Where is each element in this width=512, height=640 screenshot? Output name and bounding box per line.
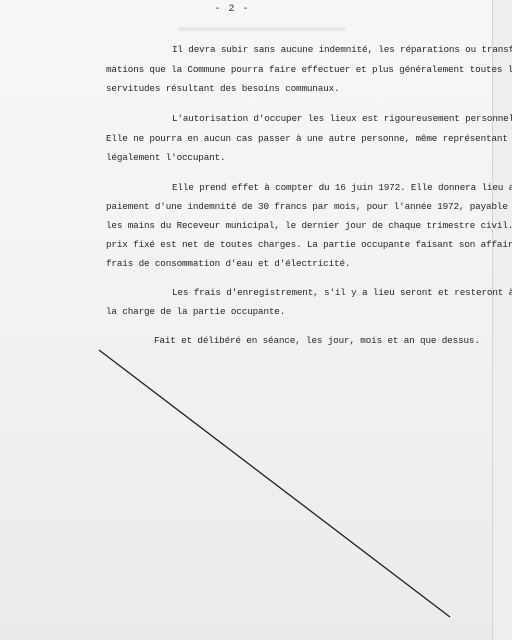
paragraph-3-line-3: les mains du Receveur municipal, le dern…: [106, 220, 512, 232]
paragraph-1-line-2: mations que la Commune pourra faire effe…: [106, 64, 512, 76]
paragraph-2-line-2: Elle ne pourra en aucun cas passer à une…: [106, 133, 508, 145]
paragraph-3-line-4: prix fixé est net de toutes charges. La …: [106, 239, 512, 251]
page-edge: [492, 0, 493, 640]
closing-statement: Fait et délibéré en séance, les jour, mo…: [154, 335, 480, 347]
paragraph-4-line-1: Les frais d'enregistrement, s'il y a lie…: [172, 287, 512, 299]
paragraph-4-line-2: la charge de la partie occupante.: [106, 306, 285, 318]
page-margin-shade: [493, 0, 512, 640]
paragraph-3-line-5: frais de consommation d'eau et d'électri…: [106, 258, 350, 270]
paragraph-3-line-2: paiement d'une indemnité de 30 francs pa…: [106, 201, 512, 213]
document-page: - 2 - Il devra subir sans aucune indemni…: [0, 0, 512, 640]
paragraph-1-line-3: servitudes résultant des besoins communa…: [106, 83, 339, 95]
bleed-through-text: [178, 27, 346, 31]
paragraph-3-line-1: Elle prend effet à compter du 16 juin 19…: [172, 182, 512, 194]
page-number: - 2 -: [0, 4, 464, 15]
paragraph-2-line-1: L'autorisation d'occuper les lieux est r…: [172, 113, 512, 125]
paragraph-2-line-3: légalement l'occupant.: [106, 152, 225, 164]
diagonal-strike-line: [0, 0, 512, 640]
paragraph-1-line-1: Il devra subir sans aucune indemnité, le…: [172, 44, 512, 56]
